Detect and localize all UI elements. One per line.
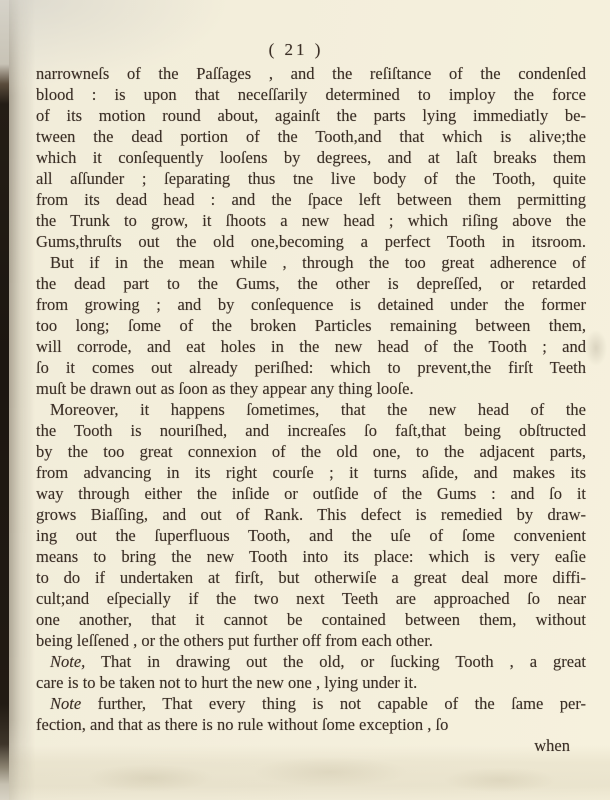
text-line: of its motion round about, againſt the p…	[36, 105, 586, 126]
scan-gutter-edge	[0, 0, 9, 800]
text-line: from advancing in its right courſe ; it …	[36, 462, 586, 483]
text-line: means to bring the new Tooth into its pl…	[36, 546, 586, 567]
text-line: from growing ; and by conſequence is det…	[36, 294, 586, 315]
text-line: blood : is upon that neceſſarily determi…	[36, 84, 586, 105]
note-rest: further, That every thing is not capable…	[81, 694, 586, 713]
paragraph-3: Moreover, it happens ſometimes, that the…	[36, 399, 586, 651]
text-line: ing out the ſuperfluous Tooth, and the u…	[36, 525, 586, 546]
text-line: too long; ſome of the broken Particles r…	[36, 315, 586, 336]
text-line: Note, That in drawing out the old, or ſu…	[36, 651, 586, 672]
text-line: But if in the mean while , through the t…	[36, 252, 586, 273]
note-rest: That in drawing out the old, or ſucking …	[85, 652, 586, 671]
text-line: which it conſequently looſens by degrees…	[36, 147, 586, 168]
text-line: all aſſunder ; ſeparating thus tne live …	[36, 168, 586, 189]
text-line: the Trunk to grow, it ſhoots a new head …	[36, 210, 586, 231]
note-lead: Note	[50, 694, 81, 713]
paragraph-1: narrowneſs of the Paſſages , and the reſ…	[36, 63, 586, 252]
text-line: will corrode, and eat holes in the new h…	[36, 336, 586, 357]
scan-gutter-shadow	[9, 0, 35, 800]
text-line: grows Biaſſing, and out of Rank. This de…	[36, 504, 586, 525]
text-line: care is to be taken not to hurt the new …	[36, 672, 586, 693]
text-line: to do if undertaken at firſt, but otherw…	[36, 567, 586, 588]
text-line: cult;and eſpecially if the two next Teet…	[36, 588, 586, 609]
paragraph-2: But if in the mean while , through the t…	[36, 252, 586, 399]
text-line: Moreover, it happens ſometimes, that the…	[36, 399, 586, 420]
text-line: Note further, That every thing is not ca…	[36, 693, 586, 714]
text-line: ſo it comes out already periſhed: which …	[36, 357, 586, 378]
text-line: by the too great connexion of the old on…	[36, 441, 586, 462]
text-line: one another, that it cannot be contained…	[36, 609, 586, 630]
paragraph-note-1: Note, That in drawing out the old, or ſu…	[36, 651, 586, 693]
text-line: the dead part to the Gums, the other is …	[36, 273, 586, 294]
page-number: ( 21 )	[36, 40, 586, 60]
note-lead: Note,	[50, 652, 85, 671]
text-line: muſt be drawn out as ſoon as they appear…	[36, 378, 586, 399]
text-line: narrowneſs of the Paſſages , and the reſ…	[36, 63, 586, 84]
text-line: way through either the inſide or outſide…	[36, 483, 586, 504]
text-line: Gums,thruſts out the old one,becoming a …	[36, 231, 586, 252]
body-text: narrowneſs of the Paſſages , and the reſ…	[36, 63, 586, 756]
text-line: fection, and that as there is no rule wi…	[36, 714, 586, 735]
text-line: from its dead head : and the ſpace left …	[36, 189, 586, 210]
text-line: the Tooth is nouriſhed, and increaſes ſo…	[36, 420, 586, 441]
text-line: tween the dead portion of the Tooth,and …	[36, 126, 586, 147]
paragraph-note-2: Note further, That every thing is not ca…	[36, 693, 586, 735]
book-page: ( 21 ) narrowneſs of the Paſſages , and …	[0, 0, 610, 800]
catchword: when	[36, 735, 586, 756]
text-line: being leſſened , or the others put furth…	[36, 630, 586, 651]
